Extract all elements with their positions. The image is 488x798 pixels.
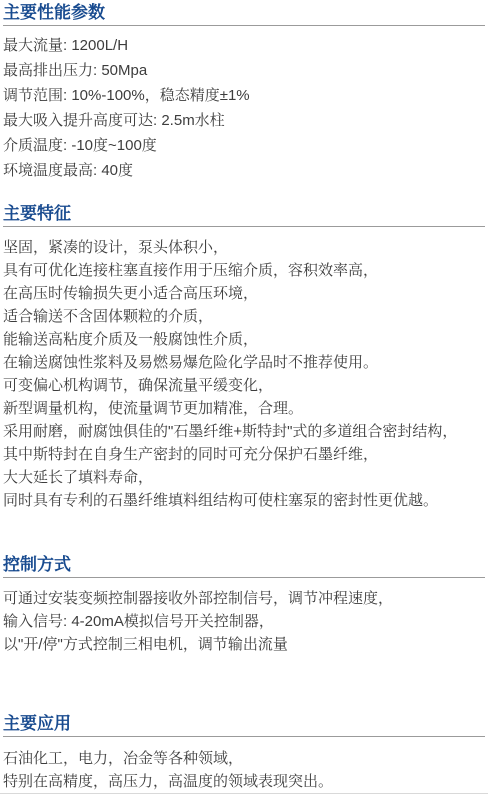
body-line: 以"开/停"方式控制三相电机，调节输出流量 [3, 633, 485, 656]
body-line: 能输送高粘度介质及一般腐蚀性介质， [3, 328, 485, 351]
section-control-mode: 控制方式 可通过安装变频控制器接收外部控制信号，调节冲程速度，输入信号: 4-2… [3, 555, 485, 656]
body-line: 具有可优化连接柱塞直接作用于压缩介质，容积效率高， [3, 259, 485, 282]
body-line: 其中斯特封在自身生产密封的同时可充分保护石墨纤维， [3, 443, 485, 466]
body-line: 大大延长了填料寿命， [3, 466, 485, 489]
body-line: 输入信号: 4-20mA模拟信号开关控制器， [3, 610, 485, 633]
body-line: 适合输送不含固体颗粒的介质， [3, 305, 485, 328]
section-title: 控制方式 [3, 555, 485, 578]
body-line: 坚固，紧凑的设计，泵头体积小， [3, 236, 485, 259]
section-performance-params: 主要性能参数 最大流量: 1200L/H最高排出压力: 50Mpa调节范围: 1… [3, 3, 485, 183]
section-main-applications: 主要应用 石油化工，电力，冶金等各种领域，特别在高精度，高压力，高温度的领域表现… [3, 714, 485, 793]
product-spec-page: 主要性能参数 最大流量: 1200L/H最高排出压力: 50Mpa调节范围: 1… [0, 3, 488, 794]
section-title: 主要应用 [3, 714, 485, 737]
body-line: 最大流量: 1200L/H [3, 33, 485, 58]
body-line: 介质温度: -10度~100度 [3, 133, 485, 158]
body-line: 最高排出压力: 50Mpa [3, 58, 485, 83]
body-line: 新型调量机构，使流量调节更加精准，合理。 [3, 397, 485, 420]
body-line: 最大吸入提升高度可达: 2.5m水柱 [3, 108, 485, 133]
section-title: 主要性能参数 [3, 3, 485, 26]
body-line: 在高压时传输损失更小适合高压环境， [3, 282, 485, 305]
section-body: 最大流量: 1200L/H最高排出压力: 50Mpa调节范围: 10%-100%… [3, 33, 485, 183]
section-body: 石油化工，电力，冶金等各种领域，特别在高精度，高压力，高温度的领域表现突出。 [3, 747, 485, 793]
section-body: 坚固，紧凑的设计，泵头体积小，具有可优化连接柱塞直接作用于压缩介质，容积效率高，… [3, 236, 485, 512]
body-line: 特别在高精度，高压力，高温度的领域表现突出。 [3, 770, 485, 793]
body-line: 可通过安装变频控制器接收外部控制信号，调节冲程速度， [3, 587, 485, 610]
bottom-divider [0, 793, 488, 794]
body-line: 在输送腐蚀性浆料及易燃易爆危险化学品时不推荐使用。 [3, 351, 485, 374]
section-title: 主要特征 [3, 204, 485, 227]
body-line: 环境温度最高: 40度 [3, 158, 485, 183]
section-body: 可通过安装变频控制器接收外部控制信号，调节冲程速度，输入信号: 4-20mA模拟… [3, 587, 485, 656]
body-line: 采用耐磨，耐腐蚀俱佳的"石墨纤维+斯特封"式的多道组合密封结构， [3, 420, 485, 443]
body-line: 可变偏心机构调节，确保流量平缓变化， [3, 374, 485, 397]
body-line: 同时具有专利的石墨纤维填料组结构可使柱塞泵的密封性更优越。 [3, 489, 485, 512]
section-main-features: 主要特征 坚固，紧凑的设计，泵头体积小，具有可优化连接柱塞直接作用于压缩介质，容… [3, 204, 485, 512]
body-line: 调节范围: 10%-100%，稳态精度±1% [3, 83, 485, 108]
body-line: 石油化工，电力，冶金等各种领域， [3, 747, 485, 770]
